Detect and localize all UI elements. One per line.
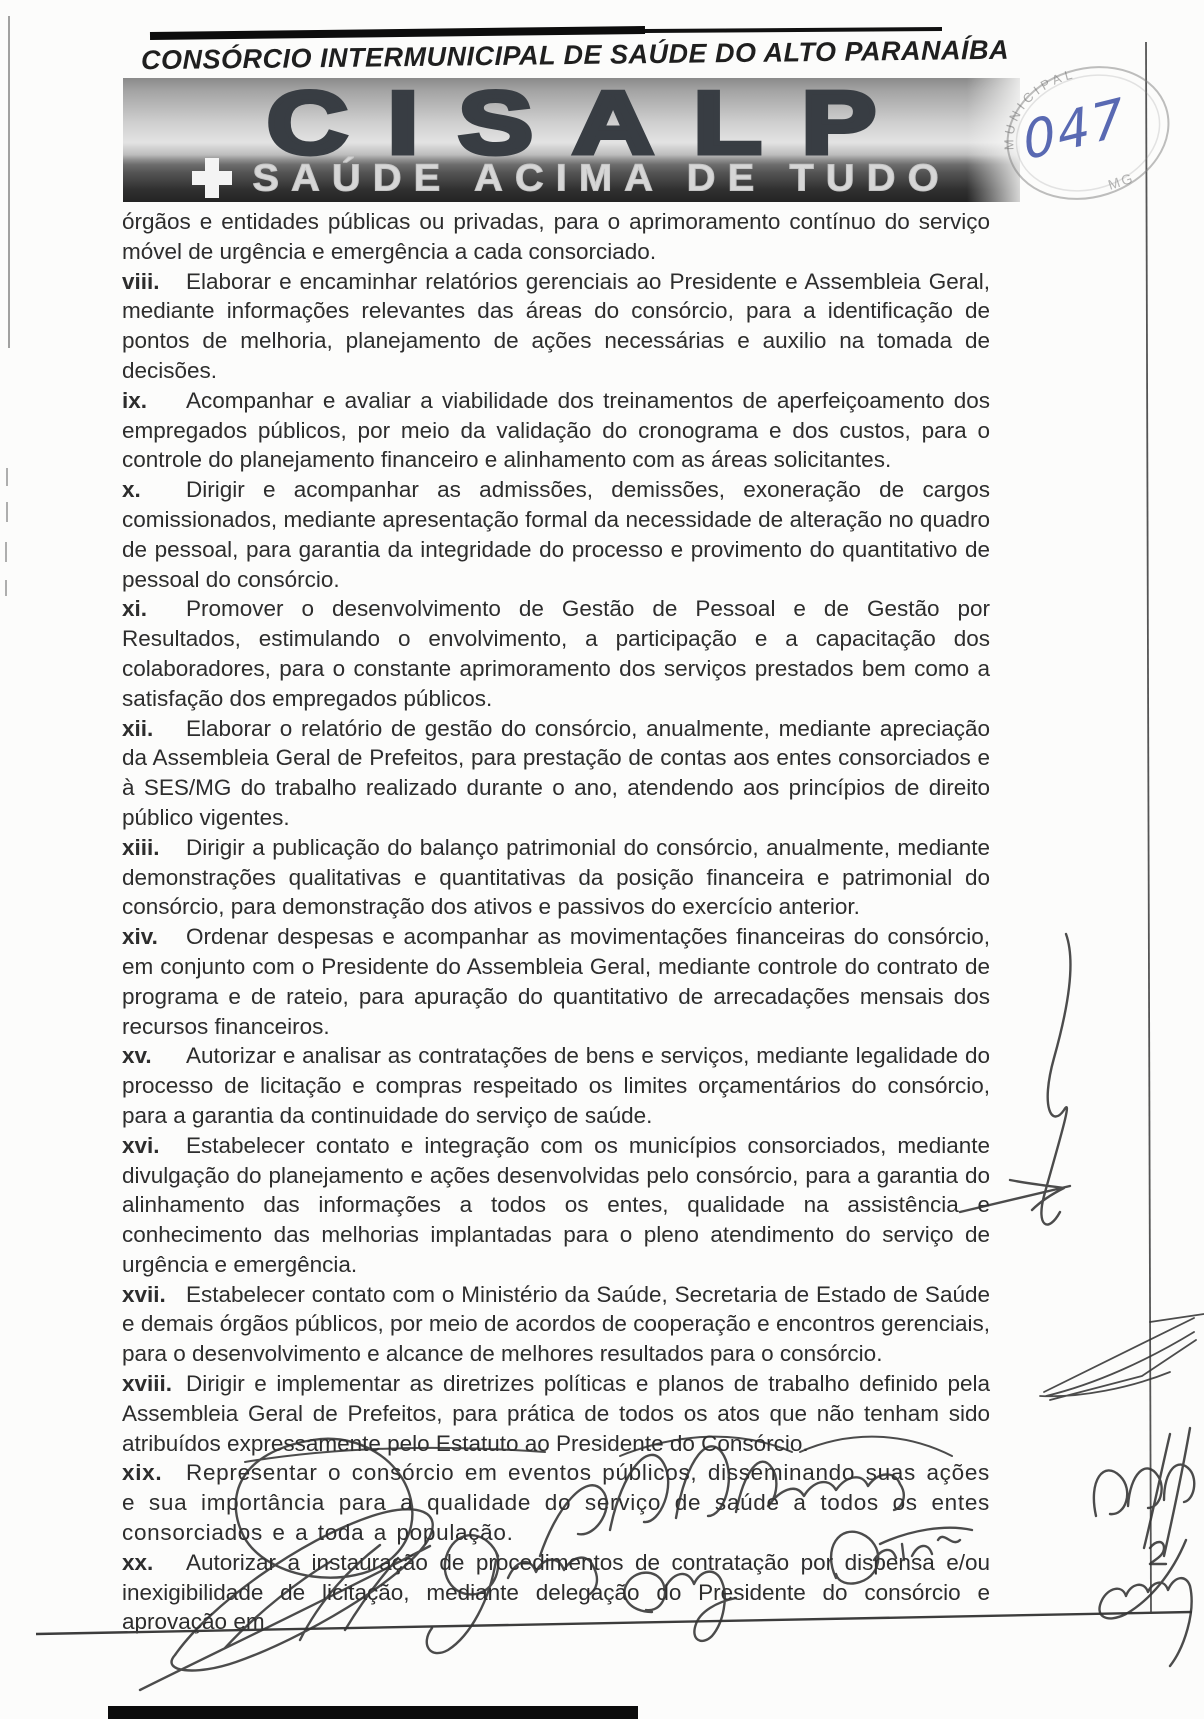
- clause-text: Elaborar o relatório de gestão do consór…: [122, 716, 990, 830]
- clause-number: xviii.: [122, 1369, 186, 1399]
- cisalp-logo-banner: CISALP SAÚDE ACIMA DE TUDO: [123, 78, 1020, 202]
- clause-text: Ordenar despesas e acompanhar as movimen…: [122, 924, 990, 1038]
- clause-number: xix.: [122, 1458, 186, 1488]
- signature-right-margin-stroke: [1041, 934, 1070, 1225]
- clause-item: xv.Autorizar e analisar as contratações …: [122, 1041, 990, 1130]
- clause-item: xiii.Dirigir a publicação do balanço pat…: [122, 833, 990, 922]
- clause-number: xiv.: [122, 922, 186, 952]
- clause-text: Dirigir e acompanhar as admissões, demis…: [122, 477, 990, 591]
- clause-text: Representar o consórcio em eventos públi…: [122, 1460, 990, 1545]
- clause-text: Dirigir a publicação do balanço patrimon…: [122, 835, 990, 920]
- clause-number: xii.: [122, 714, 186, 744]
- clause-number: viii.: [122, 267, 186, 297]
- stamp-state-text: MG: [1106, 169, 1136, 192]
- scan-artifact-bar: [108, 1706, 638, 1719]
- tagline-row: SAÚDE ACIMA DE TUDO: [123, 156, 1020, 200]
- clause-item: xi.Promover o desenvolvimento de Gestão …: [122, 594, 990, 713]
- clause-item: ix.Acompanhar e avaliar a viabilidade do…: [122, 386, 990, 475]
- clause-text: Dirigir e implementar as diretrizes polí…: [122, 1371, 990, 1456]
- clause-item: xviii.Dirigir e implementar as diretrize…: [122, 1369, 990, 1458]
- intro-paragraph: órgãos e entidades públicas ou privadas,…: [122, 207, 990, 267]
- clause-number: xv.: [122, 1041, 186, 1071]
- clause-number: xvii.: [122, 1280, 186, 1310]
- clause-item: x.Dirigir e acompanhar as admissões, dem…: [122, 475, 990, 594]
- signature-bottom-right-lower: [1099, 1540, 1191, 1666]
- torn-top-edge: [150, 29, 942, 36]
- clause-item: xvi.Estabelecer contato e integração com…: [122, 1131, 990, 1280]
- clause-number: xvi.: [122, 1131, 186, 1161]
- clause-number: xx.: [122, 1548, 186, 1578]
- scanned-document-page: CONSÓRCIO INTERMUNICIPAL DE SAÚDE DO ALT…: [0, 0, 1204, 1719]
- clause-item: xx.Autorizar a instauração de procedimen…: [122, 1548, 990, 1637]
- clause-number: x.: [122, 475, 186, 505]
- tagline-text: SAÚDE ACIMA DE TUDO: [252, 157, 950, 200]
- clause-number: ix.: [122, 386, 186, 416]
- clause-item: xiv.Ordenar despesas e acompanhar as mov…: [122, 922, 990, 1041]
- clause-number: xi.: [122, 594, 186, 624]
- clause-item: viii.Elaborar e encaminhar relatórios ge…: [122, 267, 990, 386]
- plus-cross-icon: [192, 158, 232, 198]
- clause-text: Elaborar e encaminhar relatórios gerenci…: [122, 269, 990, 383]
- clause-text: Acompanhar e avaliar a viabilidade dos t…: [122, 388, 990, 473]
- clause-number: xiii.: [122, 833, 186, 863]
- clause-text: Autorizar a instauração de procedimentos…: [122, 1550, 990, 1635]
- document-body: órgãos e entidades públicas ou privadas,…: [122, 207, 990, 1637]
- signature-bottom-right-upper: [1094, 1428, 1194, 1564]
- clause-item: xvii.Estabelecer contato com o Ministéri…: [122, 1280, 990, 1369]
- clause-text: Estabelecer contato e integração com os …: [122, 1133, 990, 1277]
- clause-item: xii.Elaborar o relatório de gestão do co…: [122, 714, 990, 833]
- paper-airplane-doodle: [1040, 1314, 1204, 1400]
- clause-text: Promover o desenvolvimento de Gestão de …: [122, 596, 990, 710]
- clause-text: Estabelecer contato com o Ministério da …: [122, 1282, 990, 1367]
- clause-item: xix.Representar o consórcio em eventos p…: [122, 1458, 990, 1547]
- clause-text: Autorizar e analisar as contratações de …: [122, 1043, 990, 1128]
